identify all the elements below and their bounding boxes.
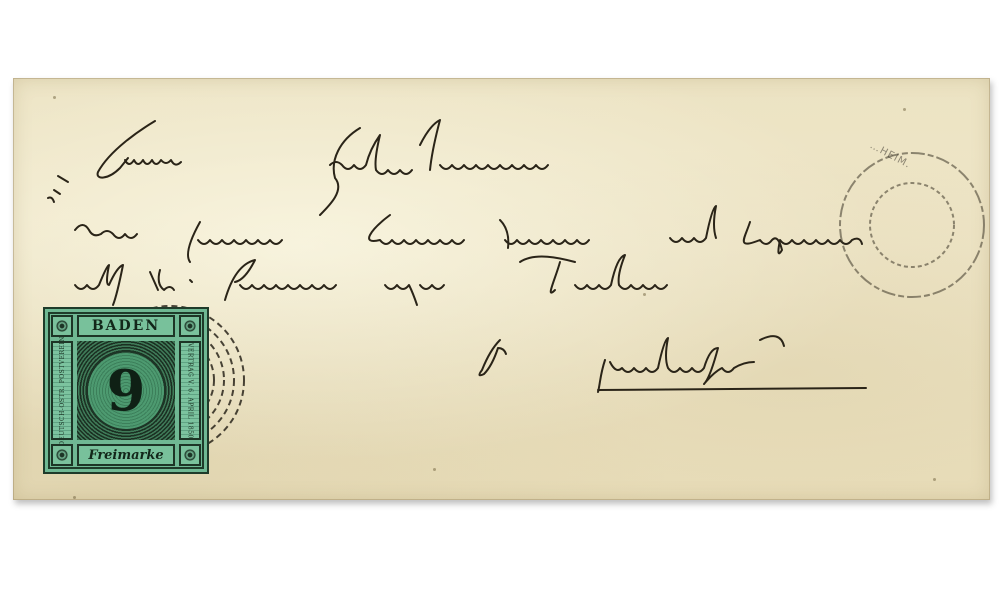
stamp-corner-ornament (51, 315, 73, 337)
stamp-country-label: BADEN (77, 315, 175, 337)
stamp-ornamental-center: 9 (77, 341, 175, 440)
stamp-corner-ornament (51, 444, 73, 466)
stamp-side-band-right: VERTRAG V. 6. APRIL 1850 (179, 341, 201, 440)
stamp-corner-ornament (179, 444, 201, 466)
address-line-1 (98, 120, 548, 215)
stamp-side-band-left: DEUTSCH-ÖSTR. POSTVEREIN (51, 341, 73, 440)
margin-mark (48, 176, 68, 202)
address-line-4 (479, 340, 506, 375)
stamp-corner-ornament (179, 315, 201, 337)
address-line-2 (75, 206, 862, 262)
address-line-3 (75, 255, 667, 305)
handwriting-layer (0, 0, 1000, 600)
stamp-side-text-right: VERTRAG V. 6. APRIL 1850 (187, 343, 194, 439)
stamp-side-text-left: DEUTSCH-ÖSTR. POSTVEREIN (59, 336, 66, 446)
circular-postmark (840, 153, 984, 297)
stamp-denomination: 9 (88, 353, 164, 429)
address-line-5 (598, 336, 866, 392)
stamp-bottom-label: Freimarke (77, 444, 175, 466)
postage-stamp: BADEN Freimarke DEUTSCH-ÖSTR. POSTVEREIN… (43, 307, 209, 474)
